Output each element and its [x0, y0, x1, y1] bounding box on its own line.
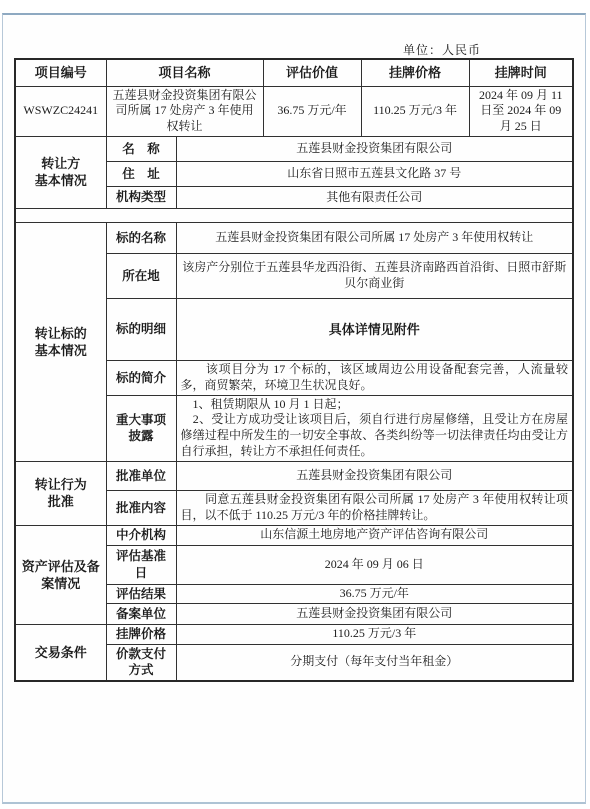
- col-header-listing-price: 挂牌价格: [361, 59, 469, 86]
- listing-row: WSWZC24241 五莲县财金投资集团有限公司所属 17 处房产 3 年使用权…: [15, 86, 573, 136]
- listing-period-value: 2024 年 09 月 11 日至 2024 年 09 月 25 日: [469, 86, 573, 136]
- assessed-value: 36.75 万元/年: [263, 86, 361, 136]
- value-summary: 该项目分为 17 个标的，该区域周边公用设备配套完善，人流量较多，商贸繁荣，环境…: [176, 360, 573, 395]
- col-header-listing-period: 挂牌时间: [469, 59, 573, 86]
- value-filing-unit: 五莲县财金投资集团有限公司: [176, 604, 573, 625]
- label-location: 所在地: [106, 253, 176, 298]
- value-payment-method: 分期支付（每年支付当年租金）: [176, 644, 573, 681]
- col-header-assessed-value: 评估价值: [263, 59, 361, 86]
- col-header-project-name: 项目名称: [106, 59, 263, 86]
- label-name: 名 称: [106, 136, 176, 161]
- value-agency: 山东信源土地房地产资产评估咨询有限公司: [176, 525, 573, 545]
- label-approval-unit: 批准单位: [106, 461, 176, 490]
- value-org-type: 其他有限责任公司: [176, 186, 573, 208]
- unit-label: 单位：人民币: [3, 41, 585, 58]
- row-valuation-agency: 资产评估及备 案情况 中介机构 山东信源土地房地产资产评估咨询有限公司: [15, 525, 573, 545]
- value-base-date: 2024 年 09 月 06 日: [176, 545, 573, 584]
- project-id-value: WSWZC24241: [15, 86, 106, 136]
- label-summary: 标的简介: [106, 360, 176, 395]
- label-org-type: 机构类型: [106, 186, 176, 208]
- section-title-target: 转让标的 基本情况: [15, 222, 106, 461]
- value-trade-price: 110.25 万元/3 年: [176, 625, 573, 645]
- header-row: 项目编号 项目名称 评估价值 挂牌价格 挂牌时间: [15, 59, 573, 86]
- section-title-approval: 转让行为 批准: [15, 461, 106, 525]
- separator-row: [15, 208, 573, 222]
- label-details: 标的明细: [106, 298, 176, 360]
- value-name: 五莲县财金投资集团有限公司: [176, 136, 573, 161]
- value-location: 该房产分别位于五莲县华龙西沿街、五莲县济南路西首沿街、日照市舒斯贝尔商业街: [176, 253, 573, 298]
- label-base-date: 评估基准日: [106, 545, 176, 584]
- row-approval-unit: 转让行为 批准 批准单位 五莲县财金投资集团有限公司: [15, 461, 573, 490]
- row-trade-price: 交易条件 挂牌价格 110.25 万元/3 年: [15, 625, 573, 645]
- label-address: 住 址: [106, 161, 176, 186]
- listing-price-value: 110.25 万元/3 年: [361, 86, 469, 136]
- project-name-value: 五莲县财金投资集团有限公司所属 17 处房产 3 年使用权转让: [106, 86, 263, 136]
- label-approval-content: 批准内容: [106, 490, 176, 525]
- col-header-project-id: 项目编号: [15, 59, 106, 86]
- label-trade-price: 挂牌价格: [106, 625, 176, 645]
- value-valuation-result: 36.75 万元/年: [176, 584, 573, 604]
- section-title-transferor: 转让方 基本情况: [15, 136, 106, 208]
- value-approval-unit: 五莲县财金投资集团有限公司: [176, 461, 573, 490]
- value-address: 山东省日照市五莲县文化路 37 号: [176, 161, 573, 186]
- label-filing-unit: 备案单位: [106, 604, 176, 625]
- value-target-name: 五莲县财金投资集团有限公司所属 17 处房产 3 年使用权转让: [176, 222, 573, 253]
- value-approval-content: 同意五莲县财金投资集团有限公司所属 17 处房产 3 年使用权转让项目，以不低于…: [176, 490, 573, 525]
- value-disclosure: 1、租赁期限从 10 月 1 日起； 2、受让方成功受让该项目后，须自行进行房屋…: [176, 395, 573, 461]
- separator-cell: [15, 208, 573, 222]
- document-page: 单位：人民币 项目编号 项目名称 评估价值 挂牌价格 挂牌时间 WSWZC242…: [2, 13, 586, 804]
- label-disclosure: 重大事项披露: [106, 395, 176, 461]
- listing-info-table: 项目编号 项目名称 评估价值 挂牌价格 挂牌时间 WSWZC24241 五莲县财…: [14, 58, 574, 682]
- row-target-name: 转让标的 基本情况 标的名称 五莲县财金投资集团有限公司所属 17 处房产 3 …: [15, 222, 573, 253]
- label-payment-method: 价款支付方式: [106, 644, 176, 681]
- row-transferor-name: 转让方 基本情况 名 称 五莲县财金投资集团有限公司: [15, 136, 573, 161]
- label-valuation-result: 评估结果: [106, 584, 176, 604]
- value-details: 具体详情见附件: [176, 298, 573, 360]
- section-title-trade: 交易条件: [15, 625, 106, 681]
- section-title-valuation: 资产评估及备 案情况: [15, 525, 106, 625]
- label-agency: 中介机构: [106, 525, 176, 545]
- label-target-name: 标的名称: [106, 222, 176, 253]
